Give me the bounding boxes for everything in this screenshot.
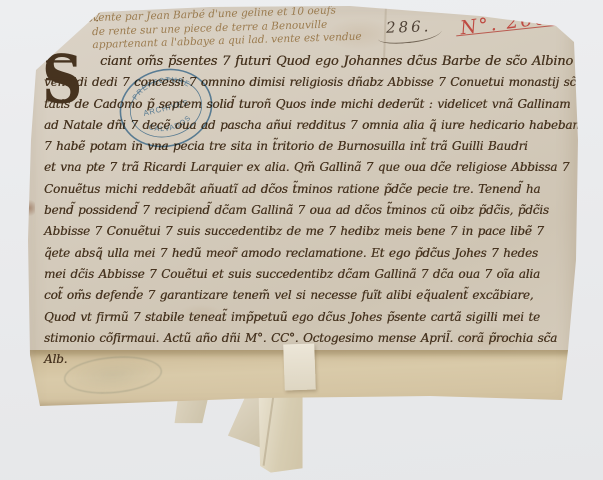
photo-background: uil. 1280. Vente par Jean Barbé d'une ge… (0, 0, 603, 480)
manuscript-line: q̃ete absq̃ ulla mei 7 hedũ meor̃ amodo … (44, 246, 572, 267)
manuscript-line: bend̃ possidend̃ 7 recipiend̃ dc̃am Gall… (44, 203, 572, 224)
ink-stain (23, 198, 35, 218)
manuscript-line: Quod vt firmũ 7 stabile teneat̃ imp̃petu… (44, 310, 572, 331)
manuscript-line: cot̃ om̃s defend̃e 7 garantizare tenem̃ … (44, 288, 572, 309)
manuscript-line: Conuẽtus michi reddebãt añuatĩ ad dc̃os … (44, 182, 572, 203)
archivist-date-note: uil. 1280. (28, 10, 101, 29)
svg-text:PRÉFECTURE: PRÉFECTURE (127, 69, 194, 103)
manuscript-line: Abbisse 7 Conuẽtui 7 suis succedentibz d… (44, 224, 572, 245)
stamp-text-middle: ARCHIVES (142, 98, 189, 118)
manuscript-line: Alb. (44, 352, 572, 366)
archivist-summary-note: Vente par Jean Barbé d'une geline et 10 … (91, 4, 352, 53)
stamp-text-top: PRÉFECTURE (127, 69, 194, 103)
manuscript-line: stimonio cõfirmaui. Actũ año dñi M°. CC°… (44, 331, 572, 352)
manuscript-line: mei dc̃is Abbisse 7 Couẽtui et suis succ… (44, 267, 572, 288)
parchment-sheet: uil. 1280. Vente par Jean Barbé d'une ge… (28, 4, 580, 414)
